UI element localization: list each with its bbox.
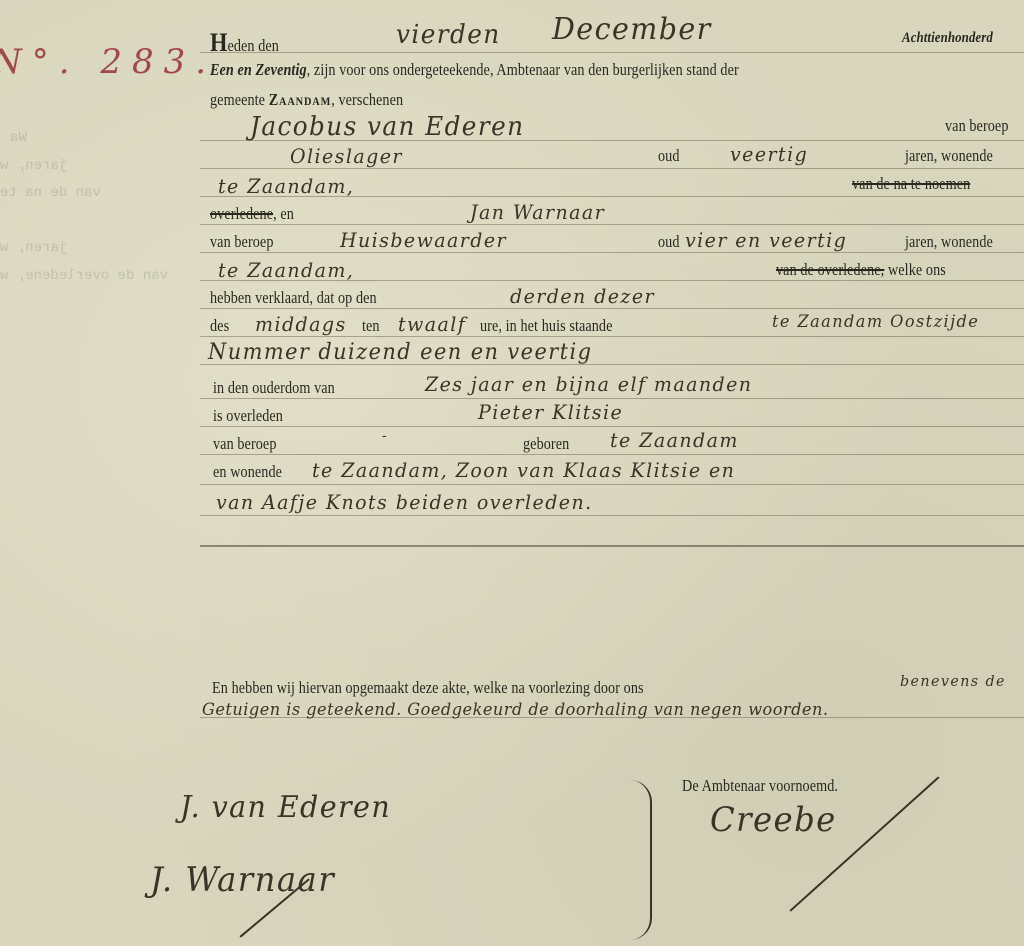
- label-van-beroep: van beroep: [210, 232, 274, 252]
- label-geboren: geboren: [523, 434, 569, 454]
- ruled-line: [200, 398, 1024, 399]
- ruled-line: [200, 426, 1024, 427]
- municipality-line: gemeente Zaandam, verschenen: [210, 90, 403, 110]
- label-van-beroep: van beroep: [945, 116, 1009, 136]
- label-jaren-wonende: jaren, wonende: [905, 146, 993, 166]
- official-label: De Ambtenaar voornoemd.: [682, 776, 838, 796]
- closing-continuation-1: benevens de: [900, 672, 1006, 690]
- declarant2-name: Jan Warnaar: [470, 200, 605, 224]
- declarant1-residence: te Zaandam,: [218, 174, 354, 198]
- declarant1-name: Jacobus van Ederen: [250, 112, 524, 142]
- label-ure: ure, in het huis staande: [480, 316, 613, 336]
- intro-text: , zijn voor ons ondergeteekende, Ambtena…: [307, 60, 739, 79]
- parents-line-1: te Zaandam, Zoon van Klaas Klitsie en: [312, 458, 735, 482]
- label-ten: ten: [362, 316, 380, 336]
- ruled-line: [200, 545, 1024, 547]
- declarant1-age: veertig: [730, 142, 808, 166]
- deceased-occupation: -: [382, 428, 388, 444]
- death-day: derden dezer: [510, 284, 655, 308]
- struck-text: van de overledene,: [776, 260, 884, 279]
- death-hour: twaalf: [398, 312, 466, 336]
- birthplace: te Zaandam: [610, 428, 739, 452]
- ruled-line: [200, 484, 1024, 485]
- label-oud: oud: [658, 232, 680, 252]
- signature-brace: [630, 780, 652, 940]
- ruled-line: [200, 168, 1024, 169]
- intro-line: Een en Zeventig, zijn voor ons ondergete…: [210, 60, 739, 80]
- heading-line: Heden den: [210, 28, 279, 58]
- label-en: , en: [273, 204, 294, 223]
- declarant2-age: vier en veertig: [685, 228, 847, 252]
- label-van-beroep: van beroep: [213, 434, 277, 454]
- ruled-line: [200, 454, 1024, 455]
- heading-text: eden den: [227, 36, 279, 55]
- declarant1-occupation: Olieslager: [290, 144, 403, 168]
- ruled-line: [200, 252, 1024, 253]
- label-welke-ons: welke ons: [884, 260, 946, 279]
- declarant2-residence: te Zaandam,: [218, 258, 354, 282]
- label-overleden: is overleden: [213, 406, 283, 426]
- handwritten-month: December: [552, 12, 712, 47]
- label-ouderdom: in den ouderdom van: [213, 378, 335, 398]
- bleed-through-text: Wa: [10, 130, 27, 146]
- bleed-through-text: jaren, w: [0, 240, 67, 256]
- signature-witness-1: J. van Ederen: [180, 790, 391, 825]
- label-des: des: [210, 316, 229, 336]
- struck-text: overledene: [210, 204, 273, 223]
- ruled-line: [200, 336, 1024, 337]
- year-suffix: Een en Zeventig: [210, 60, 307, 79]
- parents-line-2: van Aafje Knots beiden overleden.: [216, 490, 593, 514]
- ruled-line: [200, 224, 1024, 225]
- record-number: N°. 283.: [0, 42, 216, 82]
- bleed-through-text: jaren, w: [0, 158, 67, 174]
- municipality-name: Zaandam: [269, 90, 331, 109]
- house-number: Nummer duizend een en veertig: [208, 340, 592, 365]
- dropcap-letter: H: [210, 28, 227, 57]
- signature-flourish: [789, 776, 939, 911]
- signature-official: Creebe: [710, 800, 837, 840]
- ruled-line: [200, 52, 1024, 53]
- label-oud: oud: [658, 146, 680, 166]
- struck-line: van de overledene, welke ons: [776, 260, 946, 280]
- declarant2-occupation: Huisbewaarder: [340, 228, 507, 252]
- municipality-suffix: , verschenen: [331, 90, 403, 109]
- ruled-line: [200, 308, 1024, 309]
- ruled-line: [200, 515, 1024, 516]
- label-verklaard: hebben verklaard, dat op den: [210, 288, 377, 308]
- struck-text: van de na te noemen: [852, 174, 970, 194]
- death-place: te Zaandam Oostzijde: [772, 312, 979, 332]
- municipality-prefix: gemeente: [210, 90, 265, 109]
- handwritten-day: vierden: [396, 20, 501, 50]
- label-jaren-wonende: jaren, wonende: [905, 232, 993, 252]
- bleed-through-text: van de na te: [0, 185, 101, 201]
- bleed-through-text: van de overledene, w: [0, 268, 168, 284]
- year-prefix: Achttienhonderd: [902, 30, 993, 47]
- deceased-age: Zes jaar en bijna elf maanden: [425, 372, 752, 396]
- closing-text: En hebben wij hiervan opgemaakt deze akt…: [212, 678, 644, 698]
- time-of-day: middags: [255, 312, 347, 336]
- deceased-name: Pieter Klitsie: [478, 400, 623, 424]
- overledene-en-line: overledene, en: [210, 204, 294, 224]
- label-en-wonende: en wonende: [213, 462, 282, 482]
- closing-continuation-2: Getuigen is geteekend. Goedgekeurd de do…: [202, 700, 828, 720]
